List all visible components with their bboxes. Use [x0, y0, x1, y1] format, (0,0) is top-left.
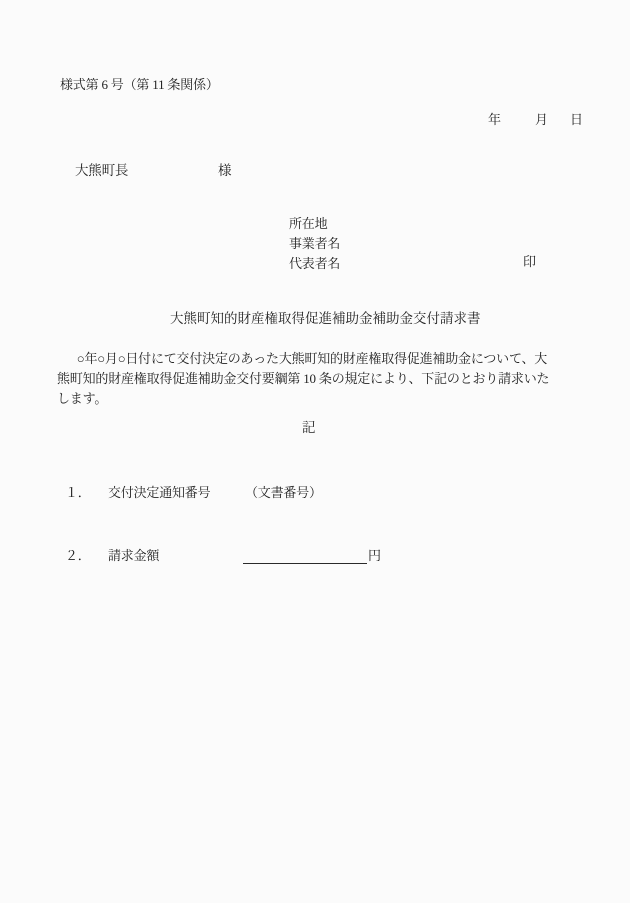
- body-paragraph-line: します。: [57, 389, 577, 409]
- signer-business-name-label: 事業者名: [289, 234, 340, 254]
- document-title: 大熊町知的財産権取得促進補助金補助金交付請求書: [170, 311, 481, 327]
- body-paragraph: ○年○月○日付にて交付決定のあった大熊町知的財産権取得促進補助金について、大 熊…: [57, 349, 577, 409]
- body-paragraph-line: 熊町知的財産権取得促進補助金交付要綱第 10 条の規定により、下記のとおり請求い…: [57, 369, 577, 389]
- amount-blank-underline: [243, 548, 367, 564]
- addressee-title: 大熊町長: [75, 163, 128, 179]
- item-1-label: 交付決定通知番号: [108, 485, 210, 501]
- signer-block: 所在地 事業者名 代表者名: [289, 214, 340, 274]
- document-page: 様式第 6 号（第 11 条関係） 年 月 日 大熊町長 様 所在地 事業者名 …: [0, 0, 630, 903]
- seal-mark: 印: [523, 254, 536, 270]
- date-month-label: 月: [535, 112, 548, 128]
- item-2-label: 請求金額: [108, 548, 159, 564]
- item-2-unit: 円: [368, 548, 381, 564]
- item-1-document-number-note: （文書番号）: [245, 485, 322, 501]
- date-year-label: 年: [488, 112, 501, 128]
- record-marker: 記: [302, 420, 315, 436]
- item-2-number: ２．: [65, 548, 91, 564]
- form-number: 様式第 6 号（第 11 条関係）: [60, 77, 219, 93]
- signer-location-label: 所在地: [289, 214, 340, 234]
- signer-representative-label: 代表者名: [289, 254, 340, 274]
- addressee-honorific: 様: [218, 163, 231, 179]
- body-paragraph-line: ○年○月○日付にて交付決定のあった大熊町知的財産権取得促進補助金について、大: [57, 349, 577, 369]
- date-day-label: 日: [570, 112, 583, 128]
- item-1-number: １．: [65, 485, 91, 501]
